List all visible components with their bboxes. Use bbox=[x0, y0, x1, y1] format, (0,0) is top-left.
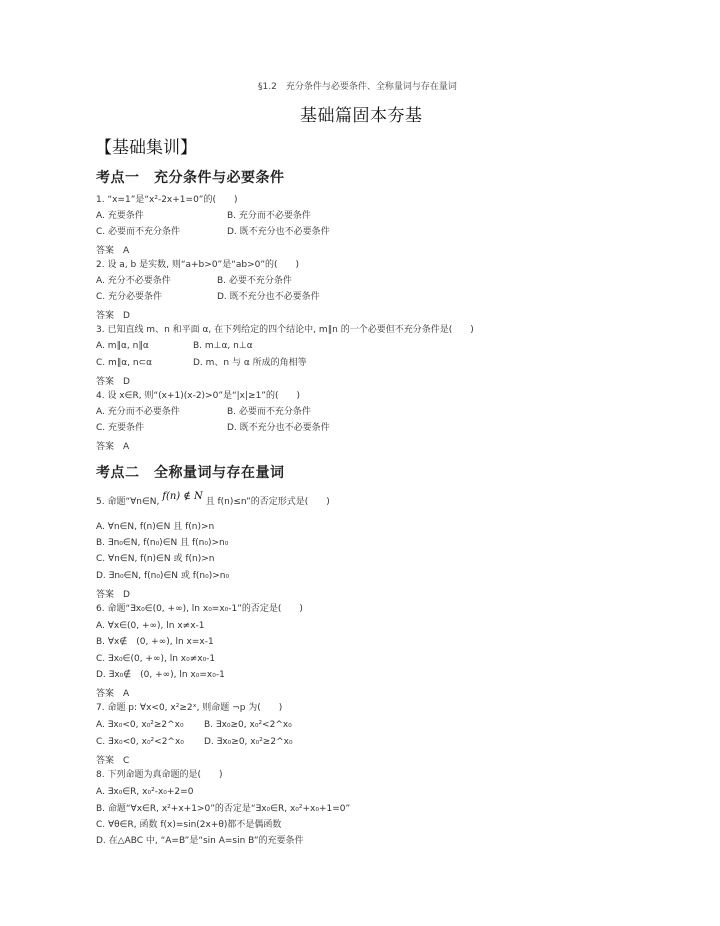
question-2-option-b: B. 必要不充分条件 bbox=[217, 275, 292, 287]
question-8-option-d: D. 在△ABC 中, “A=B”是“sin A=sin B”的充要条件 bbox=[96, 835, 304, 847]
question-5-option-d: D. ∃n₀∈N, f(n₀)∈N 或 f(n₀)>n₀ bbox=[96, 570, 229, 582]
question-1-option-a: A. 充要条件 bbox=[96, 210, 144, 222]
question-7-option-d: D. ∃x₀≥0, x₀²≥2^x₀ bbox=[204, 736, 293, 748]
question-6-answer: 答案 A bbox=[96, 686, 129, 699]
question-1-option-c: C. 必要而不充分条件 bbox=[96, 226, 180, 238]
question-1-stem: 1. “x=1”是“x²-2x+1=0”的( ) bbox=[96, 194, 237, 206]
topic-2-title: 考点二 全称量词与存在量词 bbox=[96, 462, 285, 482]
question-8-stem: 8. 下列命题为真命题的是( ) bbox=[96, 769, 222, 781]
question-3-option-a: A. m∥α, n∥α bbox=[96, 340, 149, 352]
question-5-option-a: A. ∀n∈N, f(n)∈N 且 f(n)>n bbox=[96, 521, 214, 533]
question-3-option-d: D. m、n 与 α 所成的角相等 bbox=[193, 357, 307, 369]
question-6-option-c: C. ∃x₀∈(0, +∞), ln x₀≠x₀-1 bbox=[96, 653, 215, 665]
question-4-answer: 答案 A bbox=[96, 439, 129, 452]
topic-1-title: 考点一 充分条件与必要条件 bbox=[96, 167, 285, 187]
question-6-stem: 6. 命题“∃x₀∈(0, +∞), ln x₀=x₀-1”的否定是( ) bbox=[96, 603, 303, 615]
question-3-answer: 答案 D bbox=[96, 374, 130, 387]
question-8-option-b: B. 命题“∀x∈R, x²+x+1>0”的否定是“∃x₀∈R, x₀²+x₀+… bbox=[96, 803, 350, 815]
question-4-stem: 4. 设 x∈R, 则“(x+1)(x-2)>0”是“|x|≥1”的( ) bbox=[96, 390, 300, 402]
question-4-option-c: C. 充要条件 bbox=[96, 422, 144, 434]
question-6-option-d: D. ∃x₀∉ (0, +∞), ln x₀=x₀-1 bbox=[96, 669, 225, 681]
page-title: 基础篇固本夯基 bbox=[300, 101, 423, 126]
question-5-stem: 5. 命题“∀n∈N, f(n) ∉ N 且 f(n)≤n”的否定形式是( ) bbox=[96, 496, 330, 508]
question-2-answer: 答案 D bbox=[96, 308, 130, 321]
question-1-answer: 答案 A bbox=[96, 243, 129, 256]
question-6-option-b: B. ∀x∉ (0, +∞), ln x=x-1 bbox=[96, 636, 214, 648]
question-7-answer: 答案 C bbox=[96, 753, 129, 766]
question-4-option-d: D. 既不充分也不必要条件 bbox=[227, 422, 330, 434]
question-7-option-c: C. ∃x₀<0, x₀²<2^x₀ bbox=[96, 736, 184, 748]
question-3-stem: 3. 已知直线 m、n 和平面 α, 在下列给定的四个结论中, m∥n 的一个必… bbox=[96, 324, 474, 336]
question-7-option-a: A. ∃x₀<0, x₀²≥2^x₀ bbox=[96, 719, 184, 731]
question-3-option-c: C. m∥α, n⊂α bbox=[96, 357, 152, 369]
question-1-option-d: D. 既不充分也不必要条件 bbox=[227, 226, 330, 238]
chapter-subtitle: §1.2 充分条件与必要条件、全称量词与存在量词 bbox=[258, 79, 457, 92]
question-3-option-b: B. m⊥α, n⊥α bbox=[193, 340, 253, 352]
question-5-option-b: B. ∃n₀∈N, f(n₀)∈N 且 f(n₀)>n₀ bbox=[96, 537, 228, 549]
section-title: 【基础集训】 bbox=[95, 133, 197, 158]
question-4-option-a: A. 充分而不必要条件 bbox=[96, 406, 180, 418]
question-8-option-c: C. ∀θ∈R, 函数 f(x)=sin(2x+θ)都不是偶函数 bbox=[96, 819, 281, 831]
question-8-option-a: A. ∃x₀∈R, x₀²-x₀+2=0 bbox=[96, 786, 193, 798]
question-7-stem: 7. 命题 p: ∀x<0, x²≥2ˣ, 则命题 ¬p 为( ) bbox=[96, 702, 282, 714]
question-5-stem-pre: 5. 命题“∀n∈N, bbox=[96, 497, 162, 507]
document-page: §1.2 充分条件与必要条件、全称量词与存在量词 基础篇固本夯基 【基础集训】 … bbox=[0, 0, 720, 926]
question-7-option-b: B. ∃x₀≥0, x₀²<2^x₀ bbox=[204, 719, 292, 731]
formula-image: f(n) ∉ N bbox=[162, 491, 202, 502]
question-1-option-b: B. 充分而不必要条件 bbox=[227, 210, 311, 222]
question-2-option-a: A. 充分不必要条件 bbox=[96, 275, 171, 287]
question-6-option-a: A. ∀x∈(0, +∞), ln x≠x-1 bbox=[96, 620, 205, 632]
question-5-option-c: C. ∀n∈N, f(n)∈N 或 f(n)>n bbox=[96, 553, 215, 565]
question-2-option-c: C. 充分必要条件 bbox=[96, 291, 162, 303]
question-5-stem-post: 且 f(n)≤n”的否定形式是( ) bbox=[203, 497, 330, 507]
question-2-stem: 2. 设 a, b 是实数, 则“a+b>0”是“ab>0”的( ) bbox=[96, 259, 299, 271]
question-5-answer: 答案 D bbox=[96, 587, 130, 600]
question-2-option-d: D. 既不充分也不必要条件 bbox=[217, 291, 320, 303]
question-4-option-b: B. 必要而不充分条件 bbox=[227, 406, 311, 418]
